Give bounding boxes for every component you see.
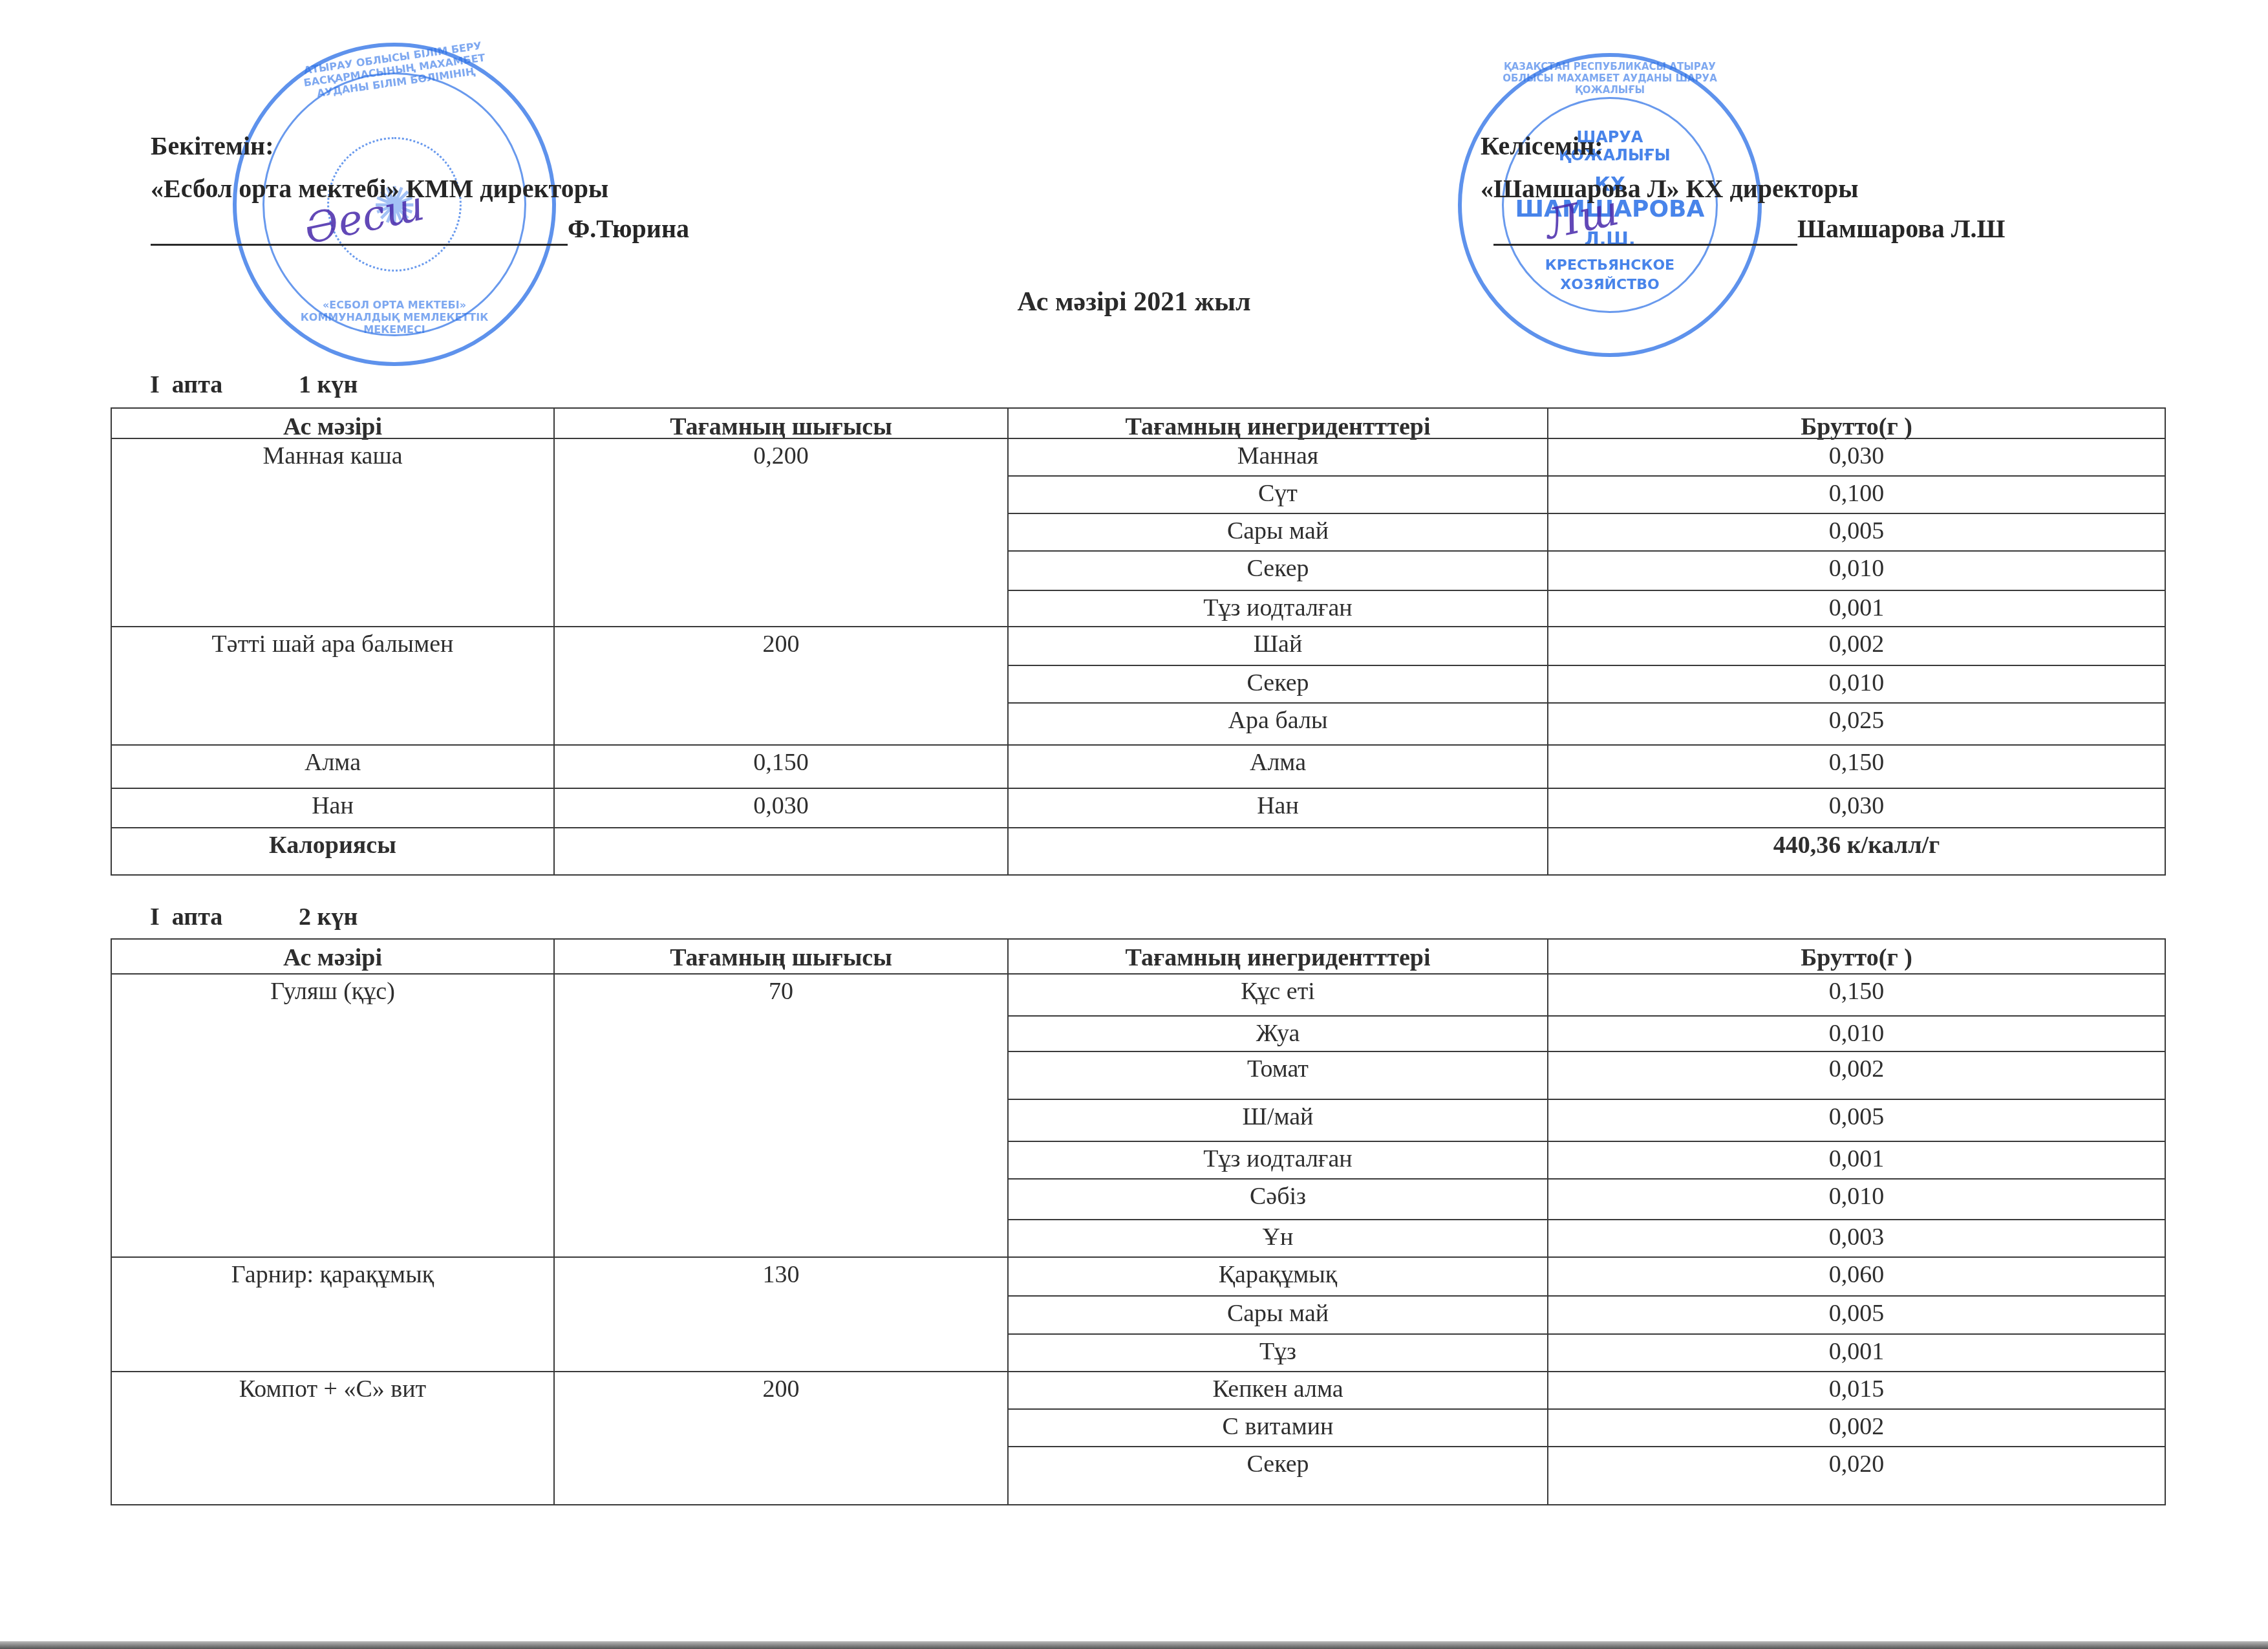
ingredient-gross-cell: 0,060 — [1547, 1256, 2166, 1297]
ingredient-name-cell: Тұз — [1007, 1333, 1548, 1372]
ingredient-gross-cell: 0,025 — [1547, 702, 2166, 746]
ingredient-name-cell: Ара балы — [1007, 702, 1548, 746]
ingredient-gross-cell: 0,010 — [1547, 550, 2166, 591]
ingredient-gross-cell: 0,002 — [1547, 626, 2166, 666]
dish-name-cell: Нан — [111, 788, 555, 828]
dish-output-cell: 200 — [553, 1371, 1009, 1505]
ingredient-gross-cell: 0,030 — [1547, 438, 2166, 477]
ingredient-name-cell: Алма — [1007, 744, 1548, 789]
approval-right-org: «Шамшарова Л» КХ директоры — [1481, 172, 2006, 206]
column-header-gross: Брутто(г ) — [1547, 407, 2166, 439]
approval-left-heading: Бекітемін: — [151, 129, 689, 163]
ingredient-gross-cell: 0,003 — [1547, 1219, 2166, 1258]
ingredient-gross-cell: 0,030 — [1547, 788, 2166, 828]
document-title: Ас мәзірі 2021 жыл — [0, 286, 2268, 318]
ingredient-gross-cell: 0,010 — [1547, 1178, 2166, 1220]
ingredient-gross-cell: 0,005 — [1547, 1099, 2166, 1142]
dish-name-cell: Компот + «С» вит — [111, 1371, 555, 1505]
ingredient-gross-cell: 0,015 — [1547, 1371, 2166, 1410]
dish-output-cell: 0,200 — [553, 438, 1009, 627]
dish-name-cell: Манная каша — [111, 438, 555, 627]
ingredient-gross-cell: 0,001 — [1547, 1333, 2166, 1372]
column-header-output: Тағамның шығысы — [553, 407, 1009, 439]
ingredient-gross-cell: 0,150 — [1547, 744, 2166, 789]
ingredient-gross-cell: 0,150 — [1547, 973, 2166, 1017]
signature-line-right — [1493, 219, 1797, 246]
approval-left: Бекітемін: «Есбол орта мектебі» КММ дире… — [151, 129, 689, 246]
stamp-center-bottom-1: КРЕСТЬЯНСКОЕ — [1462, 257, 1758, 274]
ingredient-name-cell: Жуа — [1007, 1015, 1548, 1052]
stamp-outer-text: ҚАЗАҚСТАН РЕСПУБЛИКАСЫ АТЫРАУ ОБЛЫСЫ МАХ… — [1462, 61, 1758, 96]
ingredient-gross-cell: 0,005 — [1547, 1295, 2166, 1335]
ingredient-name-cell: Тұз иодталған — [1007, 590, 1548, 627]
ingredient-name-cell: Сары май — [1007, 513, 1548, 552]
approval-left-org: «Есбол орта мектебі» КММ директоры — [151, 172, 689, 206]
signature-line-left — [151, 219, 568, 246]
calories-label: Калориясы — [111, 827, 555, 876]
day-label-1: I апта1 күн — [150, 371, 358, 399]
ingredient-name-cell: Секер — [1007, 550, 1548, 591]
ingredient-name-cell: Сүт — [1007, 475, 1548, 514]
ingredient-name-cell: Тұз иодталған — [1007, 1141, 1548, 1180]
column-header-dish: Ас мәзірі — [111, 938, 555, 975]
ingredient-gross-cell: 0,002 — [1547, 1051, 2166, 1100]
ingredient-gross-cell: 0,010 — [1547, 665, 2166, 704]
column-header-output: Тағамның шығысы — [553, 938, 1009, 975]
ingredient-gross-cell: 0,005 — [1547, 513, 2166, 552]
ingredient-name-cell: Құс еті — [1007, 973, 1548, 1017]
dish-output-cell: 130 — [553, 1256, 1009, 1372]
approval-right-name: Шамшарова Л.Ш — [1797, 214, 2006, 243]
ingredient-name-cell: Ш/май — [1007, 1099, 1548, 1142]
ingredient-name-cell: Ұн — [1007, 1219, 1548, 1258]
week-label: I апта — [150, 371, 299, 399]
ingredient-gross-cell: 0,001 — [1547, 1141, 2166, 1180]
dish-name-cell: Алма — [111, 744, 555, 789]
ingredient-name-cell: Шай — [1007, 626, 1548, 666]
ingredient-name-cell: Сәбіз — [1007, 1178, 1548, 1220]
ingredient-name-cell: Секер — [1007, 1446, 1548, 1505]
ingredient-gross-cell: 0,002 — [1547, 1408, 2166, 1447]
column-header-ingredients: Тағамның инегридентттері — [1007, 938, 1548, 975]
column-header-ingredients: Тағамның инегридентттері — [1007, 407, 1548, 439]
approval-right: Келісемін: «Шамшарова Л» КХ директоры Ша… — [1481, 129, 2006, 246]
calories-empty-cell — [553, 827, 1009, 876]
ingredient-name-cell: Нан — [1007, 788, 1548, 828]
calories-value: 440,36 к/калл/г — [1547, 827, 2166, 876]
column-header-dish: Ас мәзірі — [111, 407, 555, 439]
ingredient-name-cell: Қарақұмық — [1007, 1256, 1548, 1297]
ingredient-name-cell: Томат — [1007, 1051, 1548, 1100]
ingredient-gross-cell: 0,020 — [1547, 1446, 2166, 1505]
ingredient-name-cell: С витамин — [1007, 1408, 1548, 1447]
ingredient-name-cell: Манная — [1007, 438, 1548, 477]
day-label-2: I апта2 күн — [150, 903, 358, 931]
week-label: I апта — [150, 903, 299, 931]
dish-output-cell: 200 — [553, 626, 1009, 746]
dish-name-cell: Гуляш (құс) — [111, 973, 555, 1258]
calories-empty-cell — [1007, 827, 1548, 876]
dish-output-cell: 0,150 — [553, 744, 1009, 789]
dish-name-cell: Гарнир: қарақұмық — [111, 1256, 555, 1372]
ingredient-gross-cell: 0,001 — [1547, 590, 2166, 627]
day-number: 1 күн — [299, 371, 358, 399]
ingredient-name-cell: Сары май — [1007, 1295, 1548, 1335]
ingredient-name-cell: Кепкен алма — [1007, 1371, 1548, 1410]
column-header-gross: Брутто(г ) — [1547, 938, 2166, 975]
approval-right-heading: Келісемін: — [1481, 129, 2006, 163]
dish-output-cell: 70 — [553, 973, 1009, 1258]
day-number: 2 күн — [299, 903, 358, 931]
ingredient-gross-cell: 0,010 — [1547, 1015, 2166, 1052]
scan-edge — [0, 1641, 2268, 1649]
ingredient-gross-cell: 0,100 — [1547, 475, 2166, 514]
dish-name-cell: Тәтті шай ара балымен — [111, 626, 555, 746]
approval-left-name: Ф.Тюрина — [568, 214, 689, 243]
ingredient-name-cell: Секер — [1007, 665, 1548, 704]
dish-output-cell: 0,030 — [553, 788, 1009, 828]
